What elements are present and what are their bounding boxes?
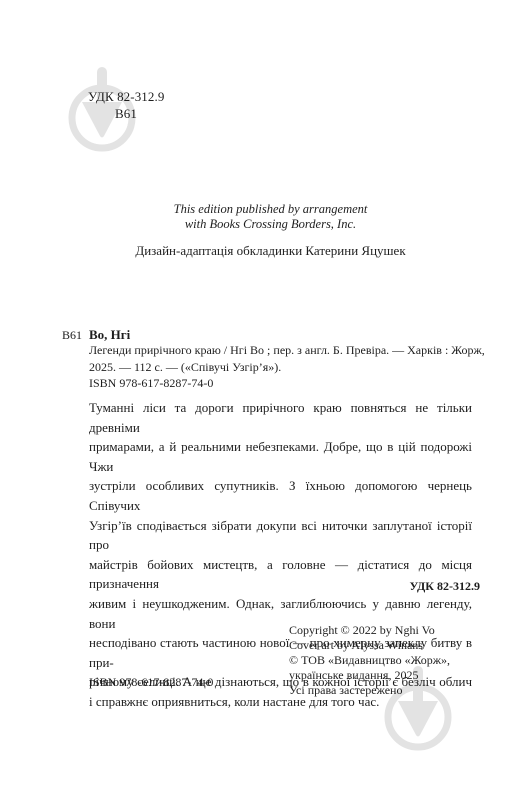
arrangement-notice: This edition published by arrangement wi… [0, 202, 519, 232]
cover-design-credit: Дизайн-адаптація обкладинки Катерини Яцу… [0, 243, 519, 259]
description-line: 2025. — 112 с. — («Співучі Узгір’я»). [89, 359, 499, 376]
annotation-line: примарами, а й реальними небезпеками. До… [89, 437, 472, 476]
arrangement-line: with Books Crossing Borders, Inc. [22, 217, 519, 232]
copyright-line: Усі права застережено [289, 683, 450, 698]
copyright-line: © ТОВ «Видавництво «Жорж», [289, 653, 450, 668]
isbn-record: ISBN 978-617-8287-74-0 [89, 375, 213, 391]
copyright-block: Copyright © 2022 by Nghi Vo Cover art by… [289, 623, 450, 698]
bibliographic-code: В61 [62, 328, 82, 343]
bibliographic-author: Во, Нгі [89, 326, 130, 343]
udk-header: УДК 82-312.9 В61 [88, 88, 164, 123]
bbk-code: В61 [88, 105, 164, 123]
copyright-line: Copyright © 2022 by Nghi Vo [289, 623, 450, 638]
arrangement-line: This edition published by arrangement [22, 202, 519, 217]
annotation-line: Узгір’їв сподівається зібрати докупи всі… [89, 516, 472, 555]
description-line: Легенди прирічного краю / Нгі Во ; пер. … [89, 342, 499, 359]
udk-code: УДК 82-312.9 [88, 89, 164, 104]
bibliographic-description: Легенди прирічного краю / Нгі Во ; пер. … [89, 342, 499, 376]
annotation-line: зустріли особливих супутників. З їхньою … [89, 476, 472, 515]
copyright-line: Cover art by Alyssa Winans [289, 638, 450, 653]
isbn-footer: ISBN 978-617-8287-74-0 [89, 674, 213, 690]
annotation-udk: УДК 82-312.9 [409, 578, 480, 594]
annotation-line: Туманні ліси та дороги прирічного краю п… [89, 398, 472, 437]
copyright-line: українське видання, 2025 [289, 668, 450, 683]
